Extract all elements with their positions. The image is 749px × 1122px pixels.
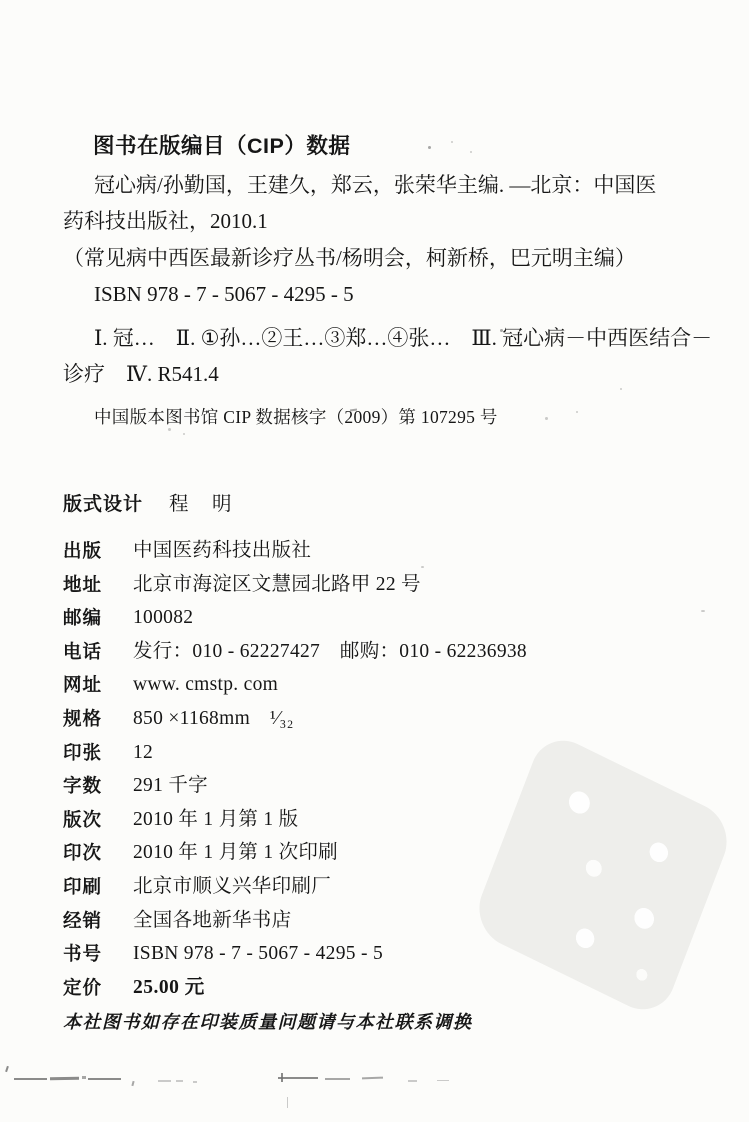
scan-dash xyxy=(14,1078,47,1080)
pub-row-label: 字数 xyxy=(63,769,133,803)
pub-row-label: 印张 xyxy=(63,736,133,770)
pub-row-value: 中国医药科技出版社 xyxy=(133,534,311,568)
scan-dash xyxy=(281,1073,283,1082)
pub-row-label: 版次 xyxy=(63,803,133,837)
cip-registry-number: 中国版本图书馆 CIP 数据核字（2009）第 107295 号 xyxy=(63,402,695,432)
cip-block: 图书在版编目（CIP）数据 冠心病/孙勤国，王建久，郑云，张荣华主编. —北京：… xyxy=(63,128,695,432)
pub-row-website: 网址 www. cmstp. com xyxy=(63,668,623,702)
scan-dash xyxy=(408,1080,417,1082)
scan-speck xyxy=(183,433,185,435)
pub-row-value: ISBN 978 - 7 - 5067 - 4295 - 5 xyxy=(133,937,383,971)
scan-dash xyxy=(193,1081,197,1083)
cip-description-line-2: 药科技出版社，2010.1 xyxy=(63,203,695,240)
pub-row-label: 规格 xyxy=(63,702,133,736)
scan-dash xyxy=(50,1077,79,1081)
pub-row-value: 北京市海淀区文慧园北路甲 22 号 xyxy=(133,568,421,602)
cip-title: 图书在版编目（CIP）数据 xyxy=(93,128,695,165)
cip-classification-line-2: 诊疗 Ⅳ. R541.4 xyxy=(63,356,695,393)
scan-dash xyxy=(325,1078,350,1080)
pub-row-label: 印刷 xyxy=(63,870,133,904)
pub-row-value: 发行：010 - 62227427 邮购：010 - 62236938 xyxy=(133,635,527,669)
pub-row-label: 出版 xyxy=(63,534,133,568)
quality-exchange-note: 本社图书如存在印装质量问题请与本社联系调换 xyxy=(63,1007,623,1037)
scan-dash xyxy=(176,1080,183,1082)
cip-classification-line-1: Ⅰ. 冠… Ⅱ. ①孙…②王…③郑…④张… Ⅲ. 冠心病－中西医结合－ xyxy=(63,320,695,357)
pub-row-address: 地址 北京市海淀区文慧园北路甲 22 号 xyxy=(63,568,623,602)
pub-row-label: 定价 xyxy=(63,971,133,1005)
scan-dash xyxy=(82,1076,86,1079)
pub-row-value: 2010 年 1 月第 1 版 xyxy=(133,803,298,837)
scan-dash xyxy=(88,1078,121,1080)
pub-row-value: 850 ×1168mm ¹⁄₃₂ xyxy=(133,702,294,736)
scan-dash xyxy=(437,1080,449,1081)
pub-row-label: 网址 xyxy=(63,668,133,702)
pub-row-label: 邮编 xyxy=(63,601,133,635)
pub-row-value: 291 千字 xyxy=(133,769,208,803)
cip-isbn-line: ISBN 978 - 7 - 5067 - 4295 - 5 xyxy=(63,276,695,313)
pub-row-label: 经销 xyxy=(63,904,133,938)
pub-row-value: 100082 xyxy=(133,601,193,635)
pub-row-phone: 电话 发行：010 - 62227427 邮购：010 - 62236938 xyxy=(63,635,623,669)
scan-dash xyxy=(287,1097,288,1108)
book-copyright-page: 图书在版编目（CIP）数据 冠心病/孙勤国，王建久，郑云，张荣华主编. —北京：… xyxy=(0,0,749,1122)
scan-speck xyxy=(701,610,705,612)
scan-dash xyxy=(158,1080,171,1082)
design-credit-value: 程 明 xyxy=(169,494,234,515)
pub-row-postcode: 邮编 100082 xyxy=(63,601,623,635)
pub-row-value: 全国各地新华书店 xyxy=(133,904,291,938)
pub-row-value: 2010 年 1 月第 1 次印刷 xyxy=(133,836,338,870)
cip-description-line-1: 冠心病/孙勤国，王建久，郑云，张荣华主编. —北京：中国医 xyxy=(63,167,695,204)
pub-row-label: 电话 xyxy=(63,635,133,669)
pub-row-value: 25.00 元 xyxy=(133,971,205,1005)
scan-dash xyxy=(278,1077,318,1079)
cip-series-line: （常见病中西医最新诊疗丛书/杨明会，柯新桥，巴元明主编） xyxy=(63,240,695,277)
pub-row-label: 书号 xyxy=(63,937,133,971)
pub-row-value: www. cmstp. com xyxy=(133,668,278,702)
cip-classification: Ⅰ. 冠… Ⅱ. ①孙…②王…③郑…④张… Ⅲ. 冠心病－中西医结合－ 诊疗 Ⅳ… xyxy=(63,320,695,393)
pub-row-value: 12 xyxy=(133,736,153,770)
scan-dash xyxy=(131,1081,134,1086)
design-credit-label: 版式设计 xyxy=(63,494,143,515)
pub-row-price: 定价 25.00 元 xyxy=(63,971,623,1005)
pub-row-label: 地址 xyxy=(63,568,133,602)
pub-row-label: 印次 xyxy=(63,836,133,870)
pub-row-value: 北京市顺义兴华印刷厂 xyxy=(133,870,331,904)
pub-row-publisher: 出版 中国医药科技出版社 xyxy=(63,534,623,568)
pub-row-format: 规格 850 ×1168mm ¹⁄₃₂ xyxy=(63,702,623,736)
scan-dash xyxy=(5,1066,9,1072)
design-credit-row: 版式设计程 明 xyxy=(63,488,623,522)
scan-dash xyxy=(362,1077,383,1080)
